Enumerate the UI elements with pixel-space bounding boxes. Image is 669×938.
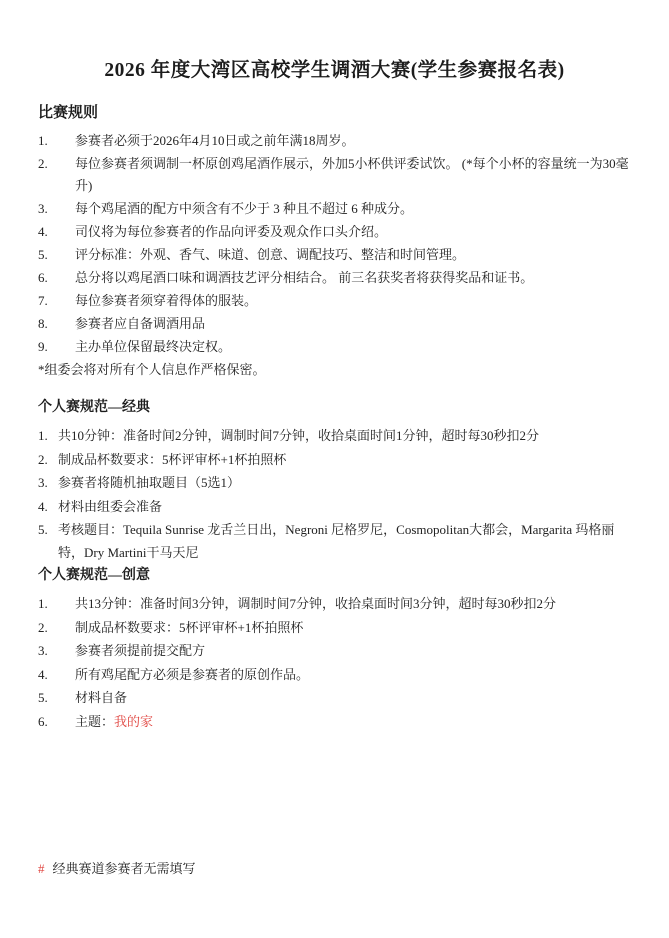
item-number: 4. [38, 221, 75, 243]
item-text: 主题：我的家 [75, 711, 632, 734]
footer-text: 经典赛道参赛者无需填写 [53, 861, 196, 876]
item-number: 6. [38, 267, 75, 289]
item-number: 1. [38, 593, 75, 616]
list-item: 2. 制成品杯数要求：5杯评审杯+1杯拍照杯 [38, 449, 632, 472]
creative-heading: 个人赛规范—创意 [38, 564, 632, 584]
item-text: 参赛者将随机抽取题目（5选1） [58, 472, 632, 495]
list-item: 5. 评分标准：外观、香气、味道、创意、调配技巧、整洁和时间管理。 [38, 244, 632, 266]
item-number: 5. [38, 244, 75, 266]
document-title: 2026 年度大湾区高校学生调酒大赛(学生参赛报名表) [0, 54, 669, 82]
list-item: 1. 参赛者必须于2026年4月10日或之前年满18周岁。 [38, 130, 632, 152]
rules-section: 比赛规则 1. 参赛者必须于2026年4月10日或之前年满18周岁。 2. 每位… [38, 101, 632, 381]
list-item: 7. 每位参赛者须穿着得体的服装。 [38, 290, 632, 312]
item-text: 共13分钟：准备时间3分钟，调制时间7分钟，收拾桌面时间3分钟，超时每30秒扣2… [75, 593, 632, 616]
item-text: 参赛者必须于2026年4月10日或之前年满18周岁。 [75, 130, 632, 152]
item-number: 2. [38, 617, 75, 640]
item-number: 6. [38, 711, 75, 734]
item-number: 3. [38, 472, 58, 495]
theme-label: 主题： [75, 714, 114, 729]
list-item: 1. 共10分钟：准备时间2分钟，调制时间7分钟，收拾桌面时间1分钟，超时每30… [38, 425, 632, 448]
hash-marker: # [38, 861, 45, 876]
item-number: 2. [38, 153, 75, 197]
item-text: 材料由组委会准备 [58, 496, 632, 519]
list-item-theme: 6. 主题：我的家 [38, 711, 632, 734]
item-text: 司仪将为每位参赛者的作品向评委及观众作口头介绍。 [75, 221, 632, 243]
item-number: 4. [38, 496, 58, 519]
rules-list: 1. 参赛者必须于2026年4月10日或之前年满18周岁。 2. 每位参赛者须调… [38, 130, 632, 358]
item-text: 共10分钟：准备时间2分钟，调制时间7分钟，收拾桌面时间1分钟，超时每30秒扣2… [58, 425, 632, 448]
list-item: 9. 主办单位保留最终决定权。 [38, 336, 632, 358]
list-item: 4. 司仪将为每位参赛者的作品向评委及观众作口头介绍。 [38, 221, 632, 243]
classic-heading: 个人赛规范—经典 [38, 396, 632, 416]
item-text: 主办单位保留最终决定权。 [75, 336, 632, 358]
list-item: 2. 每位参赛者须调制一杯原创鸡尾酒作展示，外加5小杯供评委试饮。 (*每个小杯… [38, 153, 632, 197]
list-item: 8. 参赛者应自备调酒用品 [38, 313, 632, 335]
item-text: 每个鸡尾酒的配方中须含有不少于 3 种且不超过 6 种成分。 [75, 198, 632, 220]
item-number: 3. [38, 198, 75, 220]
item-text: 制成品杯数要求：5杯评审杯+1杯拍照杯 [75, 617, 632, 640]
item-number: 2. [38, 449, 58, 472]
item-text: 参赛者须提前提交配方 [75, 640, 632, 663]
item-number: 8. [38, 313, 75, 335]
list-item: 6. 总分将以鸡尾酒口味和调酒技艺评分相结合。 前三名获奖者将获得奖品和证书。 [38, 267, 632, 289]
list-item: 5. 材料自备 [38, 687, 632, 710]
item-number: 3. [38, 640, 75, 663]
list-item: 3. 参赛者将随机抽取题目（5选1） [38, 472, 632, 495]
privacy-note: *组委会将对所有个人信息作严格保密。 [38, 359, 632, 381]
item-number: 1. [38, 130, 75, 152]
item-text: 每位参赛者须调制一杯原创鸡尾酒作展示，外加5小杯供评委试饮。 (*每个小杯的容量… [75, 153, 632, 197]
list-item: 4. 材料由组委会准备 [38, 496, 632, 519]
item-text: 材料自备 [75, 687, 632, 710]
item-text: 制成品杯数要求：5杯评审杯+1杯拍照杯 [58, 449, 632, 472]
creative-section: 个人赛规范—创意 1. 共13分钟：准备时间3分钟，调制时间7分钟，收拾桌面时间… [38, 564, 632, 734]
list-item: 4. 所有鸡尾配方必须是参赛者的原创作品。 [38, 664, 632, 687]
item-number: 5. [38, 519, 58, 564]
list-item: 1. 共13分钟：准备时间3分钟，调制时间7分钟，收拾桌面时间3分钟，超时每30… [38, 593, 632, 616]
item-number: 4. [38, 664, 75, 687]
item-text: 评分标准：外观、香气、味道、创意、调配技巧、整洁和时间管理。 [75, 244, 632, 266]
list-item: 2. 制成品杯数要求：5杯评审杯+1杯拍照杯 [38, 617, 632, 640]
item-text: 所有鸡尾配方必须是参赛者的原创作品。 [75, 664, 632, 687]
list-item: 5. 考核题目：Tequila Sunrise 龙舌兰日出，Negroni 尼格… [38, 519, 632, 564]
theme-value: 我的家 [114, 714, 153, 729]
creative-list: 1. 共13分钟：准备时间3分钟，调制时间7分钟，收拾桌面时间3分钟，超时每30… [38, 593, 632, 733]
item-text: 考核题目：Tequila Sunrise 龙舌兰日出，Negroni 尼格罗尼，… [58, 519, 632, 564]
list-item: 3. 每个鸡尾酒的配方中须含有不少于 3 种且不超过 6 种成分。 [38, 198, 632, 220]
item-number: 7. [38, 290, 75, 312]
rules-heading: 比赛规则 [38, 101, 632, 122]
footer-note: #经典赛道参赛者无需填写 [38, 859, 196, 879]
classic-list: 1. 共10分钟：准备时间2分钟，调制时间7分钟，收拾桌面时间1分钟，超时每30… [38, 425, 632, 564]
list-item: 3. 参赛者须提前提交配方 [38, 640, 632, 663]
item-text: 参赛者应自备调酒用品 [75, 313, 632, 335]
document-page: 2026 年度大湾区高校学生调酒大赛(学生参赛报名表) 比赛规则 1. 参赛者必… [0, 0, 669, 938]
item-text: 总分将以鸡尾酒口味和调酒技艺评分相结合。 前三名获奖者将获得奖品和证书。 [75, 267, 632, 289]
item-number: 1. [38, 425, 58, 448]
item-number: 5. [38, 687, 75, 710]
item-text: 每位参赛者须穿着得体的服装。 [75, 290, 632, 312]
classic-section: 个人赛规范—经典 1. 共10分钟：准备时间2分钟，调制时间7分钟，收拾桌面时间… [38, 396, 632, 565]
item-number: 9. [38, 336, 75, 358]
